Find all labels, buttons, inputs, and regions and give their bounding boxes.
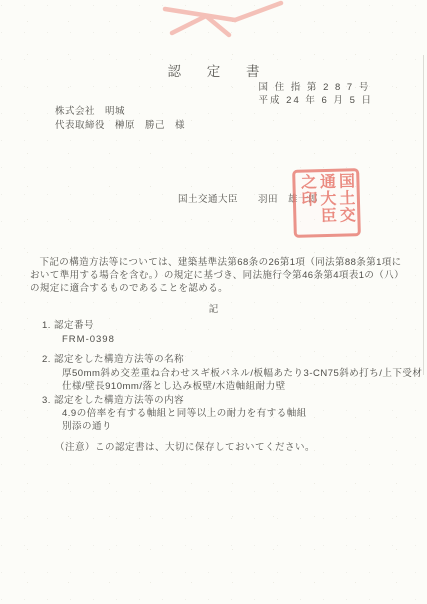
item-1-heading: 1. 認定番号 [42,320,94,332]
item-3-line-2: 別添の通り [62,421,112,433]
item-3-heading: 3. 認定をした構造方法等の内容 [42,395,184,407]
item-2-heading: 2. 認定をした構造方法等の名称 [42,354,184,366]
document-title: 認 定 書 [0,60,427,80]
addressee-company: 株式会社 明城 [55,106,125,118]
addressee-representative: 代表取締役 榊原 勝己 様 [55,120,185,132]
partial-stamp-mark-icon [150,0,290,40]
item-1-value: FRM-0398 [62,334,115,346]
issue-date: 平成 24 年 6 月 5 日 [259,95,373,108]
official-seal-text: 国土交通大臣之印 [297,172,356,233]
caution-note: （注意）この認定書は、大切に保存しておいてください。 [55,442,315,454]
scan-edge-line [423,55,424,375]
item-3-line-1: 4.9の倍率を有する軸組と同等以上の耐力を有する軸組 [62,408,307,420]
record-marker: 記 [0,301,427,315]
reference-block: 国 住 指 第 2 8 7 号 平成 24 年 6 月 5 日 [259,82,373,107]
item-2-line-1: 厚50mm斜め交差重ね合わせスギ板パネル/板幅あたり3-CN75斜め打ち/上下受… [62,368,422,380]
body-paragraph: 下記の構造方法等については、建築基準法第68条の26第1項（同法第88条第1項に… [30,256,410,295]
official-seal: 国土交通大臣之印 [292,168,361,238]
item-2-line-2: 仕様/壁長910mm/落とし込み板壁/木造軸組耐力壁 [62,381,286,393]
reference-number: 国 住 指 第 2 8 7 号 [259,82,373,95]
certificate-document: 認 定 書 国 住 指 第 2 8 7 号 平成 24 年 6 月 5 日 株式… [0,0,427,604]
